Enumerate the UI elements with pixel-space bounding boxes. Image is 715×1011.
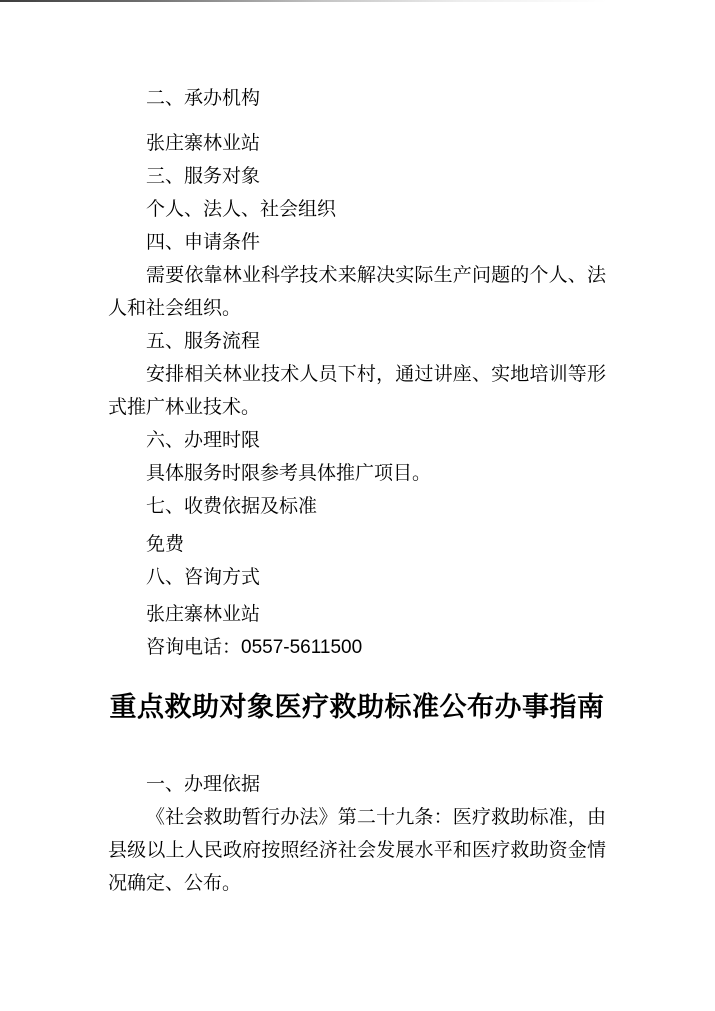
paragraph: 二、承办机构	[108, 82, 606, 115]
paragraph: 五、服务流程	[108, 325, 606, 358]
document-page: 二、承办机构张庄寨林业站三、服务对象个人、法人、社会组织四、申请条件需要依靠林业…	[0, 0, 715, 1011]
legal-basis-section: 一、办理依据《社会救助暂行办法》第二十九条：医疗救助标准，由县级以上人民政府按照…	[108, 768, 606, 900]
paragraph: 《社会救助暂行办法》第二十九条：医疗救助标准，由县级以上人民政府按照经济社会发展…	[108, 801, 606, 900]
paragraph: 张庄寨林业站	[108, 127, 606, 160]
paragraph: 需要依靠林业科学技术来解决实际生产问题的个人、法人和社会组织。	[108, 259, 606, 325]
paragraph: 七、收费依据及标准	[108, 490, 606, 523]
page-top-edge	[0, 0, 715, 2]
paragraph: 个人、法人、社会组织	[108, 193, 606, 226]
paragraph: 张庄寨林业站	[108, 598, 606, 631]
guide-heading: 重点救助对象医疗救助标准公布办事指南	[108, 684, 606, 730]
paragraph: 咨询电话：0557-5611500	[108, 631, 606, 664]
paragraph: 具体服务时限参考具体推广项目。	[108, 457, 606, 490]
paragraph: 四、申请条件	[108, 226, 606, 259]
paragraph: 免费	[108, 528, 606, 561]
paragraph: 八、咨询方式	[108, 561, 606, 594]
paragraph: 安排相关林业技术人员下村，通过讲座、实地培训等形式推广林业技术。	[108, 358, 606, 424]
document-content: 二、承办机构张庄寨林业站三、服务对象个人、法人、社会组织四、申请条件需要依靠林业…	[0, 0, 715, 900]
paragraph: 一、办理依据	[108, 768, 606, 801]
paragraph: 六、办理时限	[108, 424, 606, 457]
paragraph: 三、服务对象	[108, 160, 606, 193]
service-guide-section: 二、承办机构张庄寨林业站三、服务对象个人、法人、社会组织四、申请条件需要依靠林业…	[108, 82, 606, 664]
